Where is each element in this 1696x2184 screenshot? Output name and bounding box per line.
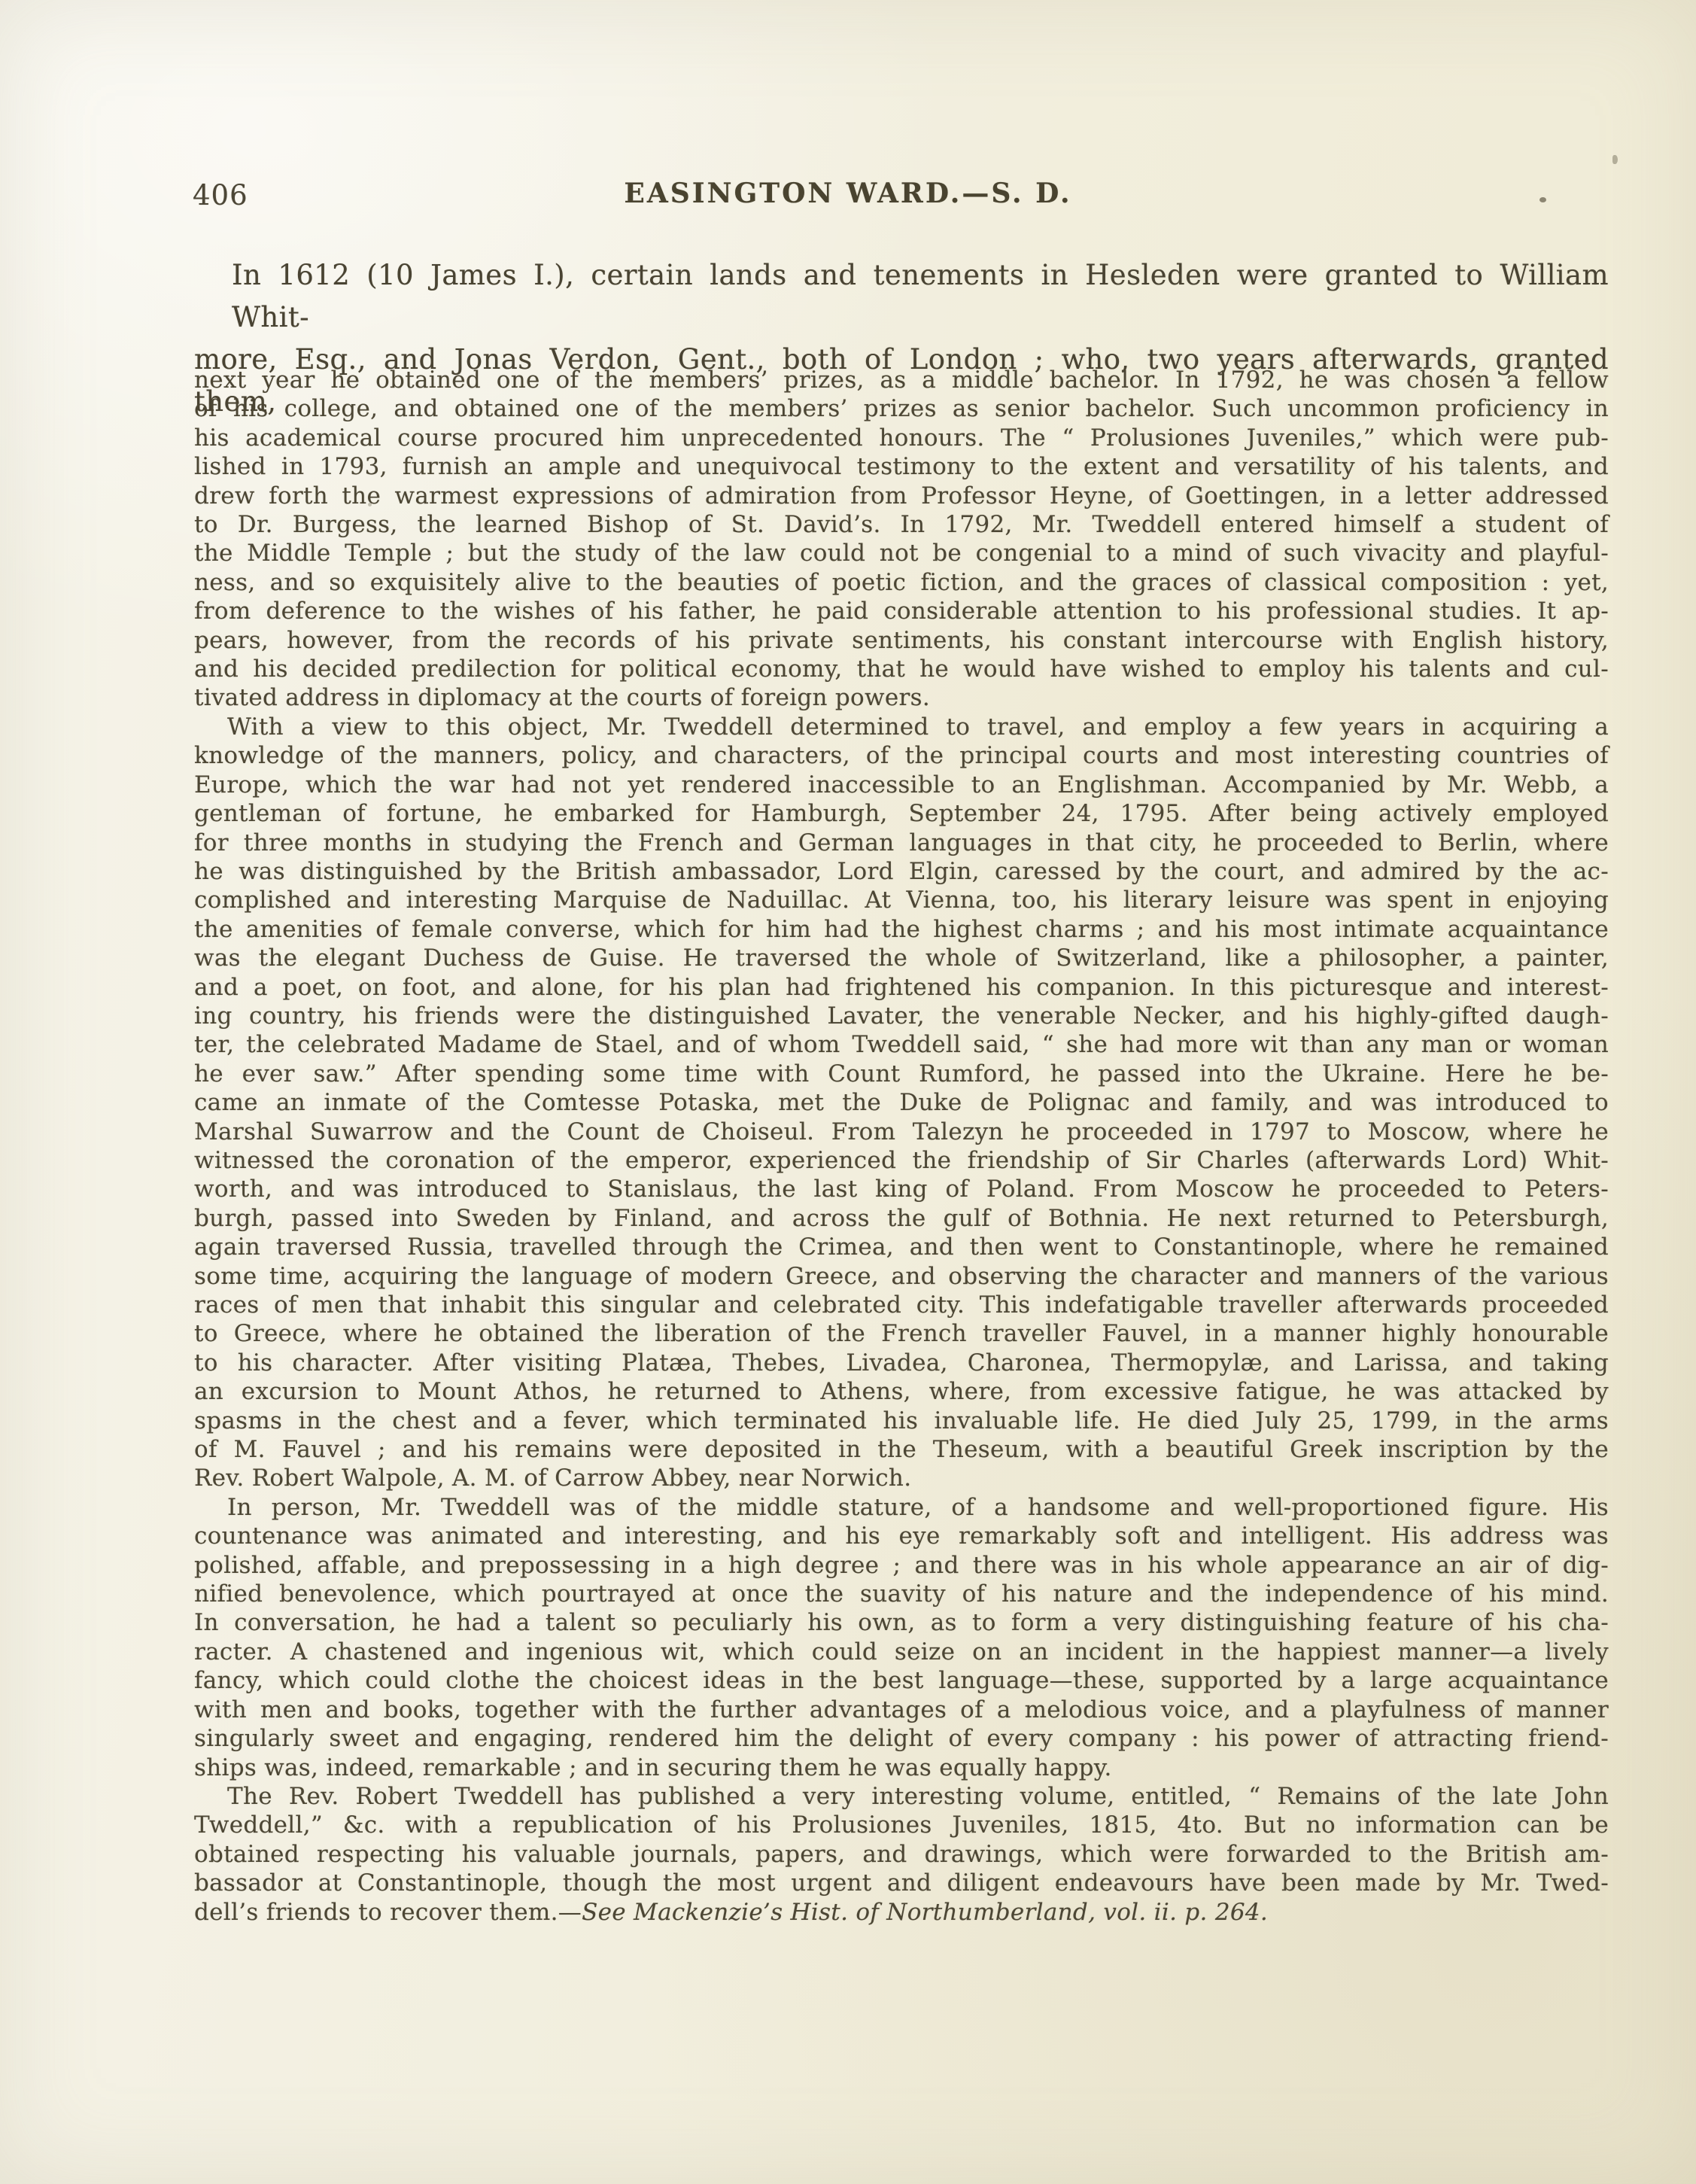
text-line: countenance was animated and interesting…: [194, 1522, 1609, 1550]
text-line: With a view to this object, Mr. Tweddell…: [194, 713, 1609, 741]
text-line: ter, the celebrated Madame de Stael, and…: [194, 1030, 1609, 1059]
text-line: tivated address in diplomacy at the cour…: [194, 683, 1609, 712]
text-line: some time, acquiring the language of mod…: [194, 1262, 1609, 1291]
text-line: for three months in studying the French …: [194, 829, 1609, 857]
text-line: obtained respecting his valuable journal…: [194, 1840, 1609, 1869]
text-line: and his decided predilection for politic…: [194, 655, 1609, 683]
text-line: pears, however, from the records of his …: [194, 626, 1609, 655]
text-line: singularly sweet and engaging, rendered …: [194, 1724, 1609, 1753]
text-line: In conversation, he had a talent so pecu…: [194, 1608, 1609, 1637]
ink-speck: [1612, 155, 1618, 164]
text-line: from deference to the wishes of his fath…: [194, 597, 1609, 625]
text-line: next year he obtained one of the members…: [194, 366, 1609, 394]
body-text: next year he obtained one of the members…: [194, 366, 1609, 1927]
text-line: with men and books, together with the fu…: [194, 1696, 1609, 1724]
citation-italic: See Mackenzie’s Hist. of Northumberland,…: [582, 1899, 1268, 1926]
running-header: EASINGTON WARD.—S. D.: [624, 178, 1071, 209]
text-line: ships was, indeed, remarkable ; and in s…: [194, 1754, 1609, 1782]
paragraph: In person, Mr. Tweddell was of the middl…: [194, 1493, 1609, 1782]
text-line: spasms in the chest and a fever, which t…: [194, 1407, 1609, 1435]
text-line: was the elegant Duchess de Guise. He tra…: [194, 944, 1609, 972]
ink-speck: [1539, 197, 1546, 202]
text-line: burgh, passed into Sweden by Finland, an…: [194, 1204, 1609, 1233]
paragraph: With a view to this object, Mr. Tweddell…: [194, 713, 1609, 1493]
text-line: complished and interesting Marquise de N…: [194, 886, 1609, 914]
text-line: lished in 1793, furnish an ample and une…: [194, 452, 1609, 481]
text-line: witnessed the coronation of the emperor,…: [194, 1146, 1609, 1175]
paragraph: next year he obtained one of the members…: [194, 366, 1609, 713]
text-line: to Dr. Burgess, the learned Bishop of St…: [194, 510, 1609, 539]
text-line: The Rev. Robert Tweddell has published a…: [194, 1782, 1609, 1811]
text-line: he was distinguished by the British amba…: [194, 857, 1609, 886]
text-line: racter. A chastened and ingenious wit, w…: [194, 1638, 1609, 1666]
ink-speck: [368, 503, 372, 506]
text-line: ness, and so exquisitely alive to the be…: [194, 568, 1609, 597]
text-line: ing country, his friends were the distin…: [194, 1002, 1609, 1030]
text-line: Rev. Robert Walpole, A. M. of Carrow Abb…: [194, 1464, 1609, 1492]
text-line: Europe, which the war had not yet render…: [194, 771, 1609, 799]
text-line: In person, Mr. Tweddell was of the middl…: [194, 1493, 1609, 1522]
paragraph: The Rev. Robert Tweddell has published a…: [194, 1782, 1609, 1927]
text-line: he ever saw.” After spending some time w…: [194, 1060, 1609, 1088]
text-line: an excursion to Mount Athos, he returned…: [194, 1377, 1609, 1406]
text-segment: dell’s friends to recover them.—: [194, 1899, 582, 1926]
text-line: In 1612 (10 James I.), certain lands and…: [194, 254, 1609, 339]
book-page: 406 EASINGTON WARD.—S. D. In 1612 (10 Ja…: [0, 0, 1696, 2184]
text-line: his academical course procured him unpre…: [194, 424, 1609, 452]
text-line: the amenities of female converse, which …: [194, 915, 1609, 944]
text-line: of M. Fauvel ; and his remains were depo…: [194, 1435, 1609, 1464]
text-line: Tweddell,” &c. with a republication of h…: [194, 1811, 1609, 1839]
text-line: bassador at Constantinople, though the m…: [194, 1869, 1609, 1897]
text-line: dell’s friends to recover them.—See Mack…: [194, 1898, 1609, 1927]
text-line: Marshal Suwarrow and the Count de Choise…: [194, 1118, 1609, 1146]
text-line: drew forth the warmest expressions of ad…: [194, 482, 1609, 510]
text-line: the Middle Temple ; but the study of the…: [194, 539, 1609, 567]
text-line: polished, affable, and prepossessing in …: [194, 1551, 1609, 1580]
text-line: nified benevolence, which pourtrayed at …: [194, 1580, 1609, 1608]
text-line: worth, and was introduced to Stanislaus,…: [194, 1175, 1609, 1203]
text-line: gentleman of fortune, he embarked for Ha…: [194, 799, 1609, 828]
text-line: races of men that inhabit this singular …: [194, 1291, 1609, 1319]
text-line: knowledge of the manners, policy, and ch…: [194, 741, 1609, 770]
text-line: fancy, which could clothe the choicest i…: [194, 1666, 1609, 1695]
text-line: again traversed Russia, travelled throug…: [194, 1233, 1609, 1261]
text-line: and a poet, on foot, and alone, for his …: [194, 973, 1609, 1002]
text-line: to Greece, where he obtained the liberat…: [194, 1319, 1609, 1348]
text-line: to his character. After visiting Platæa,…: [194, 1349, 1609, 1377]
page-number: 406: [193, 179, 248, 211]
text-line: of his college, and obtained one of the …: [194, 394, 1609, 423]
text-line: came an inmate of the Comtesse Potaska, …: [194, 1088, 1609, 1117]
